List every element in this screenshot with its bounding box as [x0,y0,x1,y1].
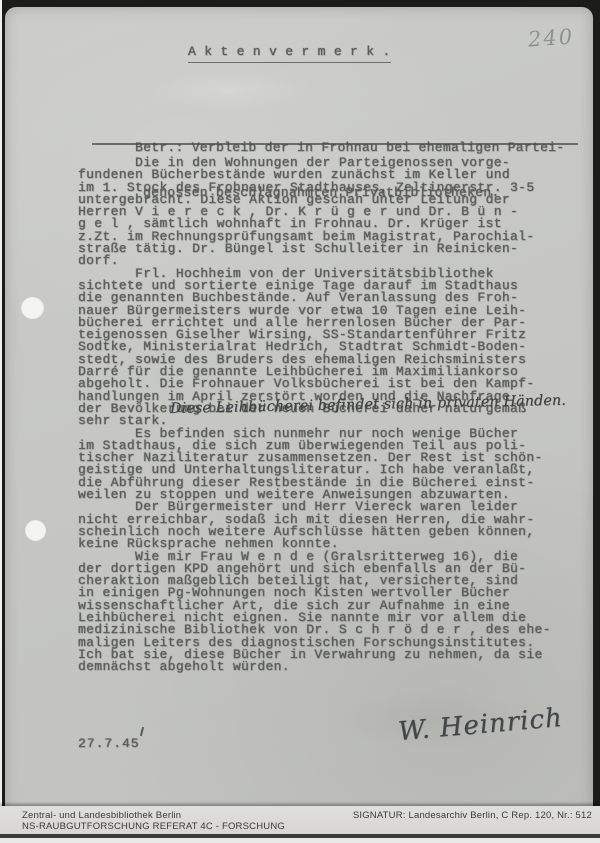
subject-underline [92,143,578,145]
punch-hole [25,520,46,541]
scan-edge [0,838,600,843]
typewritten-line: demnächst abgeholt würden. [78,661,570,673]
paragraph: Die in den Wohnungen der Parteigenossen … [78,157,570,268]
footer-signatur: SIGNATUR: Landesarchiv Berlin, C Rep. 12… [353,810,592,821]
punch-hole [21,297,44,319]
scanned-document-screen: 240 A k t e n v e r m e r k . Betr.: Ver… [0,0,600,843]
typewritten-line: straße tätig. Dr. Büngel ist Schulleiter… [78,243,570,255]
document-date: 27.7.45 [78,736,140,751]
paragraph: Es befinden sich nunmehr nur noch wenige… [78,428,570,502]
footer-institution-line1: Zentral- und Landesbibliothek Berlin [22,810,285,821]
footer-institution: Zentral- und Landesbibliothek Berlin NS-… [22,810,285,832]
page-number-annotation: 240 [527,24,575,51]
paragraph: Der Bürgermeister und Herr Viereck waren… [78,501,570,550]
footer-institution-line2: NS-RAUBGUTFORSCHUNG REFERAT 4C - FORSCHU… [22,821,285,832]
paragraph: Wie mir Frau W e n d e (Gralsritterweg 1… [78,551,570,674]
scan-edge [0,0,2,843]
document-title: A k t e n v e r m e r k . [188,44,391,63]
archive-footer-bar: Zentral- und Landesbibliothek Berlin NS-… [0,806,600,834]
document-body: Die in den Wohnungen der Parteigenossen … [78,157,570,673]
